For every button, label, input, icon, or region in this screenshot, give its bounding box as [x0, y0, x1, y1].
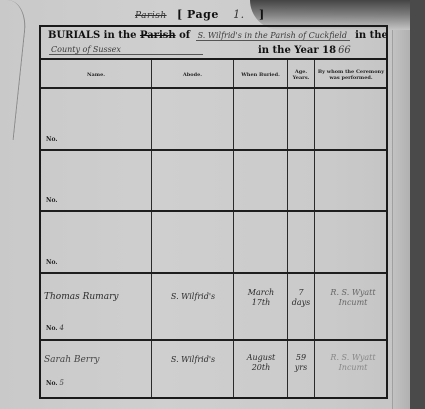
page-margin-right — [392, 30, 411, 409]
entry-number: No. — [46, 258, 59, 266]
entry-officiant: R. S. Wyatt Incumt — [323, 353, 383, 373]
no-label: No. — [46, 197, 57, 204]
col-header-abode: Abode. — [152, 62, 233, 88]
crossed-word: Parish — [135, 11, 167, 21]
entry-name: Sarah Berry — [44, 355, 144, 365]
entry-when-buried: March 17th — [241, 288, 281, 308]
register-entry: No. — [41, 151, 386, 210]
no-label: No. — [46, 136, 57, 143]
entry-number-value: 5 — [59, 379, 63, 387]
title-of: of — [179, 30, 190, 41]
bracket-close: ] — [259, 8, 265, 21]
title-line-1: BURIALS in the Parish of S. Wilfrid's in… — [48, 30, 388, 41]
title-struck-word: Parish — [140, 30, 176, 41]
entry-number: No.5 — [46, 379, 64, 387]
entry-age: 59 yrs — [289, 353, 313, 373]
burial-register-table: BURIALS in the Parish of S. Wilfrid's in… — [39, 25, 388, 399]
entry-number-value: 4 — [59, 324, 63, 332]
title-in-the: in the — [355, 30, 388, 41]
col-header-officiant: By whom the Ceremony was performed. — [315, 62, 387, 88]
page-number: 1. — [233, 8, 245, 21]
no-label: No. — [46, 380, 57, 387]
col-header-when-buried: When Buried. — [234, 62, 287, 88]
entry-number: No.4 — [46, 324, 64, 332]
register-entry: Thomas Rumary S. Wilfrid's March 17th 7 … — [41, 274, 386, 339]
page-word: Page — [187, 8, 219, 21]
entry-when-buried: August 20th — [241, 353, 281, 373]
title-prefix: BURIALS in the — [48, 30, 136, 41]
no-label: No. — [46, 325, 57, 332]
entry-name: Thomas Rumary — [44, 292, 144, 302]
entry-abode: S. Wilfrid's — [154, 355, 232, 365]
page-header: Parish [ Page 1. ] — [135, 8, 265, 21]
register-entry: No. — [41, 89, 386, 149]
col-header-name: Name. — [41, 62, 151, 88]
entry-officiant: R. S. Wyatt Incumt — [323, 288, 383, 308]
col-header-age: Age. Years. — [288, 62, 314, 88]
register-entry: No. — [41, 212, 386, 272]
entry-number: No. — [46, 135, 59, 143]
entry-abode: S. Wilfrid's — [154, 292, 232, 302]
year-label: in the Year 1866 — [258, 45, 353, 56]
no-label: No. — [46, 259, 57, 266]
entry-number: No. — [46, 196, 59, 204]
book-edge — [410, 0, 425, 409]
register-entry: Sarah Berry S. Wilfrid's August 20th 59 … — [41, 341, 386, 399]
year-suffix-handwritten: 66 — [336, 45, 353, 56]
entry-age: 7 days — [289, 288, 313, 308]
county-name-handwritten: County of Sussex — [49, 45, 203, 55]
parish-name-handwritten: S. Wilfrid's in the Parish of Cuckfield — [196, 31, 350, 41]
bracket-open: [ — [177, 8, 183, 21]
register-title: BURIALS in the Parish of S. Wilfrid's in… — [41, 27, 386, 60]
year-prefix: in the Year 18 — [258, 45, 336, 56]
